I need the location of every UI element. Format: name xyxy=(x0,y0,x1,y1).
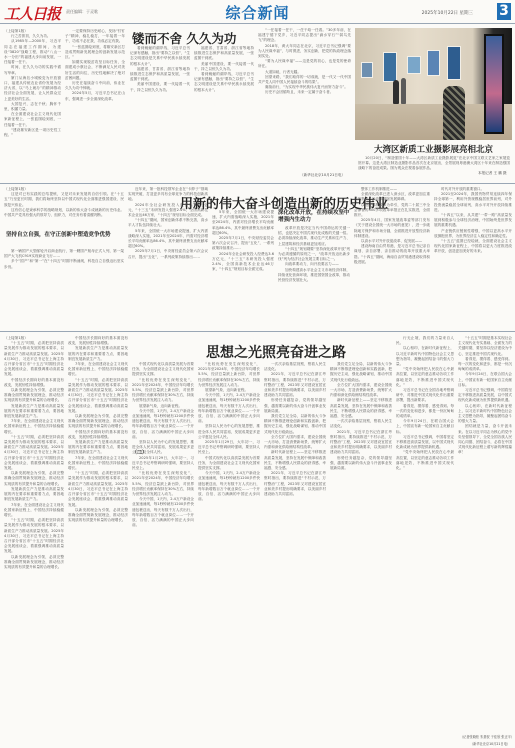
exhibition-photo[interactable] xyxy=(355,28,512,140)
paragraph: 美丽中国建设，要一代接着一代干，持之以恒久久为功。 xyxy=(130,82,190,92)
bottom-article-col-6: 我们党立足全局，以新的伟大斗争精神不断推进理论创新和实践创新，把握历史主动，强化… xyxy=(330,362,392,744)
middle-right-subhead: 深化改革开放，在持续攻坚中增强内生动力 xyxy=(278,210,350,224)
paragraph: 福建省、甘肃省、浙江省等地持续推进生态保护和高质量发展，一张蓝图干到底。 xyxy=(194,46,254,62)
top-article-col-3: 看到蜿蜒的湖岸线，习近平总书记深有感触，指出“要持之以恒”，“生态文明建设是关系… xyxy=(130,46,190,177)
middle-article-center-col-2: 5年来，全国统一大市场建设提速，扩大内需战略深入实施，2021年至2024年，内… xyxy=(212,210,274,327)
paragraph: 大国复兴，志在千秋；胸怀千里，积蓄力量。 xyxy=(4,102,61,112)
top-article-headline: 镂而不舍 久久为功 xyxy=(132,29,236,47)
bottom-article-col-8: “十五五”时期是基本实现社会主义现代化夯实基础、全面发力的关键时期，要坚持以经济… xyxy=(458,336,512,728)
paragraph: 看到蜿蜒的湖岸线，习近平总书记深有感触，指出“要持之以恒”，“生态文明建设是关系… xyxy=(194,72,254,93)
top-article-col-1: （上接第1版） 行之苦旅初，久久为功。 从1985年—2000年，习近平同志在福… xyxy=(4,29,61,177)
page-number-badge: 3 xyxy=(497,3,511,20)
middle-article-right-col: 改革开放是决定当代中国命运的关键一招，也是决定中国式现代化成败的关键一招。必须持… xyxy=(278,226,350,327)
photo-credit: 本报记者 王 鹏 摄 xyxy=(478,171,507,176)
paragraph: 时间，在久久为功的实践中谱写华章。 xyxy=(4,65,61,75)
paragraph: 2018年，黄大年同志在北京，习近平总书记强调“要为人民谋幸福”，与时俱进，务实… xyxy=(258,44,351,60)
bottom-article-col-2: 中国经济长期向好的基本面没有改变，发展韧性持续增强。 发展新质生产力是推动高质量… xyxy=(68,336,128,744)
middle-article-far-col: 整体工作机制推进—— 全面深化改革已进入深水区，改革更加注重系统集成，以改革破除… xyxy=(354,187,430,327)
issue-date: 2025年10月22日 星期三 xyxy=(422,10,473,16)
bottom-article-dateline: （新华社北京10月21日电） xyxy=(470,741,510,746)
paragraph: 厦门从海岛小城蜕变为开放窗口，福建从传统农业省份发展为经济大省，以“马上就办”的… xyxy=(4,76,61,102)
top-article-col-2: 一定要保持历史耐心，发扬“钉钉子”精神，稳扎稳打，一年接着一年干，功成不必在我，… xyxy=(65,29,125,177)
bottom-article-col-1: （上接第1版） “十五五”时期，必须把坚持高质量发展作为推动发展的根本要求，以新… xyxy=(4,336,64,744)
paragraph: “建设雄安新区是一项历史性工程。” xyxy=(4,128,61,138)
bottom-article-col-4: “比较优势在发生深刻变化”，2021年至2024年，中国经济年均增长5.5%，经… xyxy=(198,362,260,744)
bottom-article-col-5: 一次次亲临基层视察，察看人民生活变化。 2021年，习近平总书记在浙江考察时指出… xyxy=(264,362,326,744)
paragraph: “一任接着一任干，一任干给一任看。”30多年前，在福建宁德下党乡，习近平同志提出… xyxy=(258,28,351,44)
bottom-article-reporters: （记者张晓松 朱基钗 于佳欣 张正平） xyxy=(460,734,514,739)
bottom-article-col-3: 中国式现代化以高质量发展为首要任务，为全面建设社会主义现代化国家提供坚实支撑。 … xyxy=(132,362,194,744)
middle-article-rightmost-col: 时代对外开放的重要窗口。 2021至2024年，我国货物贸易连续四年保持全球第一… xyxy=(434,187,512,327)
top-article-col-5: “一任接着一任干，一任干给一任看。”30多年前，在福建宁德下党乡，习近平同志提出… xyxy=(258,28,351,176)
paragraph: 回望来路，“我们取得的一切成就，是一代又一代中国共产党人同中国人民接续奋斗的结果… xyxy=(258,75,351,85)
paragraph: 2024年5月，习近平总书记在山东，强调进一步全面深化改革。 xyxy=(65,91,125,101)
top-article-col-4: 福建省、甘肃省、浙江省等地持续推进生态保护和高质量发展，一张蓝图干到底。 美丽中… xyxy=(194,46,254,177)
paragraph: 在全面建设社会主义现代化国家新征程上，一张蓝图绘到底，一任接着一任干。 xyxy=(4,112,61,128)
section-divider xyxy=(0,331,515,332)
paragraph: 看到蜿蜒的湖岸线，习近平总书记深有感触，指出“要持之以恒”，“生态文明建设是关系… xyxy=(130,46,190,67)
middle-article-center-col: 近年来，第一批科技领军企业在“卡脖子”领域实现突破，打造更多具有全球竞争力的科技… xyxy=(128,187,208,327)
top-article-dateline: （新华社北京10月21日电） xyxy=(300,173,345,178)
paragraph: 福建省、甘肃省、浙江省等地持续推进生态保护和高质量发展，一张蓝图干到底。 xyxy=(130,67,190,83)
paragraph: “要为人民谋幸福”——这是党的初心，也是党的使命所在。 xyxy=(258,59,351,69)
bottom-article-col-7: 行无止境，我们的力量来自人民。 以心相印，在新时代新征程上，以习近平新时代中国特… xyxy=(396,336,454,744)
bottom-article-headline: 思想之光照亮奋进之路 xyxy=(206,342,346,362)
paragraph: 一定要保持历史耐心，发扬“钉钉子”精神，稳扎稳打，一年接着一年干，功成不必在我，… xyxy=(65,29,125,45)
photo-title: 大湾区新质工业摄影展亮相北京 xyxy=(355,143,512,155)
paragraph: 历史不会因循苟且，未来一定属于奋斗者。 xyxy=(258,90,351,95)
masthead: 工人日报 责任编辑：于灵歌 综合新闻 2025年10月22日 星期三 3 xyxy=(0,0,515,24)
paragraph: “一张蓝图绘到底，将雄安新区打造成贯彻新发展理念的创新发展示范区。” xyxy=(65,45,125,61)
paragraph: 如期实现脱贫攻坚目标任务，全面建成小康社会，不断满足人民对美好生活的向往，历史性… xyxy=(65,60,125,81)
middle-article-left-col-b: 第一辆国产大型邮轮开启商业航行，第一艘国产航母正式入列，第一架国产大飞机C919… xyxy=(4,249,124,327)
paragraph: 美丽中国建设，要一代接着一代干，持之以恒久久为功。 xyxy=(194,62,254,72)
middle-left-subhead: 坚持自立自强，在守正创新中塑造竞争优势 xyxy=(6,232,124,239)
section-divider xyxy=(0,183,515,184)
paragraph: 从1985年—2000年，习近平同志在福建工作期间，为建设“3820”战略工程，… xyxy=(4,39,61,65)
paragraph: 历史在接续奋斗中向前，伟业在久久为功中铸就。 xyxy=(65,81,125,91)
